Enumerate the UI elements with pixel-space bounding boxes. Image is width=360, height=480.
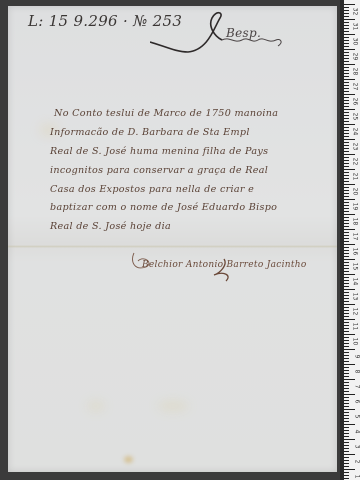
paper-stain bbox=[88, 401, 104, 411]
ruler-label: 16 bbox=[352, 248, 359, 256]
ruler-tick bbox=[344, 25, 349, 26]
ruler-tick bbox=[344, 445, 349, 446]
body-line-4: incognitos para conservar a graça de Rea… bbox=[50, 165, 268, 176]
ruler-tick bbox=[344, 304, 355, 305]
ruler-tick bbox=[344, 352, 349, 353]
ruler-label: 22 bbox=[352, 158, 359, 166]
ruler-tick bbox=[344, 226, 349, 227]
ruler-tick bbox=[344, 415, 349, 416]
ruler-tick bbox=[344, 100, 349, 101]
ruler-tick bbox=[344, 316, 349, 317]
ruler-label: 9 bbox=[354, 355, 360, 359]
ruler-tick bbox=[344, 397, 349, 398]
body-line-5: Casa dos Expostos para nella de criar e bbox=[50, 184, 254, 195]
ruler-tick bbox=[344, 175, 349, 176]
ruler-label: 27 bbox=[352, 83, 359, 91]
ruler-tick bbox=[344, 442, 349, 443]
ruler-tick bbox=[344, 280, 349, 281]
ruler-tick bbox=[344, 427, 349, 428]
ruler-tick bbox=[344, 169, 355, 170]
ruler-tick bbox=[344, 157, 349, 158]
ruler-tick bbox=[344, 166, 349, 167]
ruler-label: 30 bbox=[352, 38, 359, 46]
ruler-label: 8 bbox=[354, 370, 360, 374]
ruler-tick bbox=[344, 301, 349, 302]
ruler-tick bbox=[344, 376, 349, 377]
ruler-tick bbox=[344, 331, 349, 332]
ruler-tick bbox=[344, 103, 349, 104]
ruler-label: 3 bbox=[354, 445, 360, 449]
ruler-tick bbox=[344, 139, 355, 140]
ruler-tick bbox=[344, 151, 349, 152]
ruler-tick bbox=[344, 136, 349, 137]
ruler-tick bbox=[344, 313, 349, 314]
ruler-tick bbox=[344, 457, 349, 458]
ruler-tick bbox=[344, 361, 349, 362]
ruler-tick bbox=[344, 472, 349, 473]
signature: Belchior Antonio Barreto Jacintho bbox=[142, 260, 307, 270]
ruler-tick bbox=[344, 55, 349, 56]
header-flourish-text: Besp. bbox=[226, 26, 261, 40]
ruler-tick bbox=[344, 346, 349, 347]
ruler-label: 21 bbox=[352, 173, 359, 181]
ruler-tick bbox=[344, 289, 355, 290]
ruler-tick bbox=[344, 403, 349, 404]
ruler-tick bbox=[344, 298, 349, 299]
ruler-tick bbox=[344, 250, 349, 251]
ruler-label: 28 bbox=[352, 68, 359, 76]
ruler-tick bbox=[344, 121, 349, 122]
ruler-tick bbox=[344, 193, 349, 194]
ruler-tick bbox=[344, 145, 349, 146]
ruler-tick bbox=[344, 130, 349, 131]
ruler-tick bbox=[344, 367, 349, 368]
ruler-tick bbox=[344, 4, 355, 5]
ruler-tick bbox=[344, 163, 349, 164]
ruler-tick bbox=[344, 118, 349, 119]
ruler-tick bbox=[344, 34, 355, 35]
ruler-label: 29 bbox=[352, 53, 359, 61]
ruler-tick bbox=[344, 211, 349, 212]
ruler-tick bbox=[344, 190, 349, 191]
ruler-tick bbox=[344, 370, 349, 371]
ruler-tick bbox=[344, 421, 349, 422]
ruler-tick bbox=[344, 7, 349, 8]
ruler-tick bbox=[344, 433, 349, 434]
ink-stain bbox=[124, 456, 133, 463]
ruler-label: 20 bbox=[352, 188, 359, 196]
ruler-tick bbox=[344, 52, 349, 53]
ruler-tick bbox=[344, 67, 349, 68]
ruler-tick bbox=[344, 76, 349, 77]
ruler-tick bbox=[344, 277, 349, 278]
ruler-tick bbox=[344, 40, 349, 41]
body-line-1: No Conto teslui de Marco de 1750 manoina bbox=[54, 108, 278, 119]
ruler-tick bbox=[344, 259, 355, 260]
ruler-tick bbox=[344, 271, 349, 272]
ruler-tick bbox=[344, 127, 349, 128]
ruler-tick bbox=[344, 379, 355, 380]
ruler-tick bbox=[344, 322, 349, 323]
ruler-tick bbox=[344, 205, 349, 206]
ruler-tick bbox=[344, 253, 349, 254]
ruler-tick bbox=[344, 328, 349, 329]
ruler-tick bbox=[344, 262, 349, 263]
paper-stain bbox=[158, 401, 188, 411]
ruler-label: 1 bbox=[354, 475, 360, 479]
ruler-tick bbox=[344, 112, 349, 113]
ruler-tick bbox=[344, 16, 349, 17]
ruler-tick bbox=[344, 154, 355, 155]
ruler-label: 18 bbox=[352, 218, 359, 226]
ruler-tick bbox=[344, 199, 355, 200]
ruler-tick bbox=[344, 91, 349, 92]
ruler-tick bbox=[344, 109, 355, 110]
ruler-tick bbox=[344, 229, 355, 230]
ruler-tick bbox=[344, 391, 349, 392]
ruler-tick bbox=[344, 43, 349, 44]
ruler-tick bbox=[344, 385, 349, 386]
ruler-tick bbox=[344, 244, 355, 245]
ruler-tick bbox=[344, 85, 349, 86]
ruler-tick bbox=[344, 343, 349, 344]
measurement-ruler: 3231302928272625242322212019181716151413… bbox=[340, 0, 360, 480]
ruler-tick bbox=[344, 88, 349, 89]
ruler-tick bbox=[344, 286, 349, 287]
ruler-tick bbox=[344, 334, 355, 335]
ruler-tick bbox=[344, 238, 349, 239]
ruler-tick bbox=[344, 217, 349, 218]
ruler-tick bbox=[344, 37, 349, 38]
ruler-tick bbox=[344, 235, 349, 236]
ruler-tick bbox=[344, 94, 355, 95]
ruler-tick bbox=[344, 364, 355, 365]
ruler-label: 31 bbox=[352, 23, 359, 31]
ruler-label: 11 bbox=[352, 323, 359, 331]
ruler-tick bbox=[344, 79, 355, 80]
ruler-tick bbox=[344, 220, 349, 221]
ruler-label: 26 bbox=[352, 98, 359, 106]
ruler-tick bbox=[344, 10, 349, 11]
ruler-tick bbox=[344, 58, 349, 59]
ruler-tick bbox=[344, 202, 349, 203]
ruler-tick bbox=[344, 241, 349, 242]
ruler-tick bbox=[344, 46, 349, 47]
ruler-tick bbox=[344, 430, 349, 431]
ruler-tick bbox=[344, 310, 349, 311]
ruler-label: 5 bbox=[354, 415, 360, 419]
ruler-tick bbox=[344, 307, 349, 308]
ruler-tick bbox=[344, 247, 349, 248]
ruler-tick bbox=[344, 406, 349, 407]
ruler-tick bbox=[344, 400, 349, 401]
ruler-tick bbox=[344, 178, 349, 179]
ruler-tick bbox=[344, 223, 349, 224]
ruler-label: 13 bbox=[352, 293, 359, 301]
ruler-tick bbox=[344, 409, 355, 410]
ruler-tick bbox=[344, 412, 349, 413]
ruler-tick bbox=[344, 22, 349, 23]
ruler-label: 25 bbox=[352, 113, 359, 121]
ruler-tick bbox=[344, 160, 349, 161]
ruler-tick bbox=[344, 436, 349, 437]
ruler-tick bbox=[344, 337, 349, 338]
ruler-label: 14 bbox=[352, 278, 359, 286]
ruler-label: 17 bbox=[352, 233, 359, 241]
ruler-tick bbox=[344, 19, 355, 20]
ruler-tick bbox=[344, 184, 355, 185]
ruler-tick bbox=[344, 265, 349, 266]
ruler-tick bbox=[344, 124, 355, 125]
ruler-label: 6 bbox=[354, 400, 360, 404]
ruler-label: 7 bbox=[354, 385, 360, 389]
ruler-label: 12 bbox=[352, 308, 359, 316]
manuscript-page bbox=[8, 6, 337, 472]
ruler-tick bbox=[344, 469, 355, 470]
header-flourish-mark bbox=[150, 10, 300, 54]
ruler-tick bbox=[344, 475, 349, 476]
ruler-tick bbox=[344, 28, 349, 29]
ruler-tick bbox=[344, 13, 349, 14]
ruler-tick bbox=[344, 388, 349, 389]
ruler-tick bbox=[344, 115, 349, 116]
ruler-tick bbox=[344, 418, 349, 419]
ruler-tick bbox=[344, 73, 349, 74]
ruler-tick bbox=[344, 49, 355, 50]
ruler-label: 10 bbox=[352, 338, 359, 346]
ruler-tick bbox=[344, 274, 355, 275]
body-line-3: Real de S. José huma menina filha de Pay… bbox=[50, 146, 268, 157]
ruler-tick bbox=[344, 394, 355, 395]
body-line-6: baptizar com o nome de José Eduardo Bisp… bbox=[50, 202, 277, 213]
ruler-tick bbox=[344, 340, 349, 341]
ruler-tick bbox=[344, 463, 349, 464]
ruler-tick bbox=[344, 196, 349, 197]
ruler-tick bbox=[344, 448, 349, 449]
ruler-tick bbox=[344, 61, 349, 62]
ruler-tick bbox=[344, 460, 349, 461]
ruler-tick bbox=[344, 82, 349, 83]
ruler-tick bbox=[344, 181, 349, 182]
ruler-tick bbox=[344, 292, 349, 293]
ruler-label: 23 bbox=[352, 143, 359, 151]
ruler-tick bbox=[344, 373, 349, 374]
ruler-tick bbox=[344, 454, 355, 455]
ruler-tick bbox=[344, 97, 349, 98]
ruler-tick bbox=[344, 325, 349, 326]
body-line-7: Real de S. José hoje dia bbox=[50, 221, 171, 232]
ruler-tick bbox=[344, 268, 349, 269]
ruler-tick bbox=[344, 283, 349, 284]
ruler-tick bbox=[344, 358, 349, 359]
ruler-tick bbox=[344, 424, 355, 425]
ruler-label: 32 bbox=[352, 8, 359, 16]
ruler-label: 19 bbox=[352, 203, 359, 211]
ruler-tick bbox=[344, 349, 355, 350]
ruler-tick bbox=[344, 64, 355, 65]
ruler-label: 15 bbox=[352, 263, 359, 271]
ruler-tick bbox=[344, 31, 349, 32]
ruler-tick bbox=[344, 355, 349, 356]
ruler-label: 2 bbox=[354, 460, 360, 464]
ruler-tick bbox=[344, 319, 355, 320]
ruler-tick bbox=[344, 295, 349, 296]
ruler-tick bbox=[344, 232, 349, 233]
ruler-tick bbox=[344, 214, 355, 215]
ruler-tick bbox=[344, 382, 349, 383]
ruler-label: 24 bbox=[352, 128, 359, 136]
ruler-tick bbox=[344, 172, 349, 173]
ruler-tick bbox=[344, 478, 349, 479]
ruler-tick bbox=[344, 466, 349, 467]
ruler-tick bbox=[344, 256, 349, 257]
ruler-tick bbox=[344, 142, 349, 143]
ruler-tick bbox=[344, 451, 349, 452]
ruler-tick bbox=[344, 106, 349, 107]
ruler-tick bbox=[344, 148, 349, 149]
ruler-tick bbox=[344, 208, 349, 209]
body-line-2: Informacão de D. Barbara de Sta Empl bbox=[50, 127, 250, 138]
ruler-tick bbox=[344, 70, 349, 71]
ruler-label: 4 bbox=[354, 430, 360, 434]
ruler-tick bbox=[344, 133, 349, 134]
ruler-tick bbox=[344, 439, 355, 440]
ruler-tick bbox=[344, 187, 349, 188]
